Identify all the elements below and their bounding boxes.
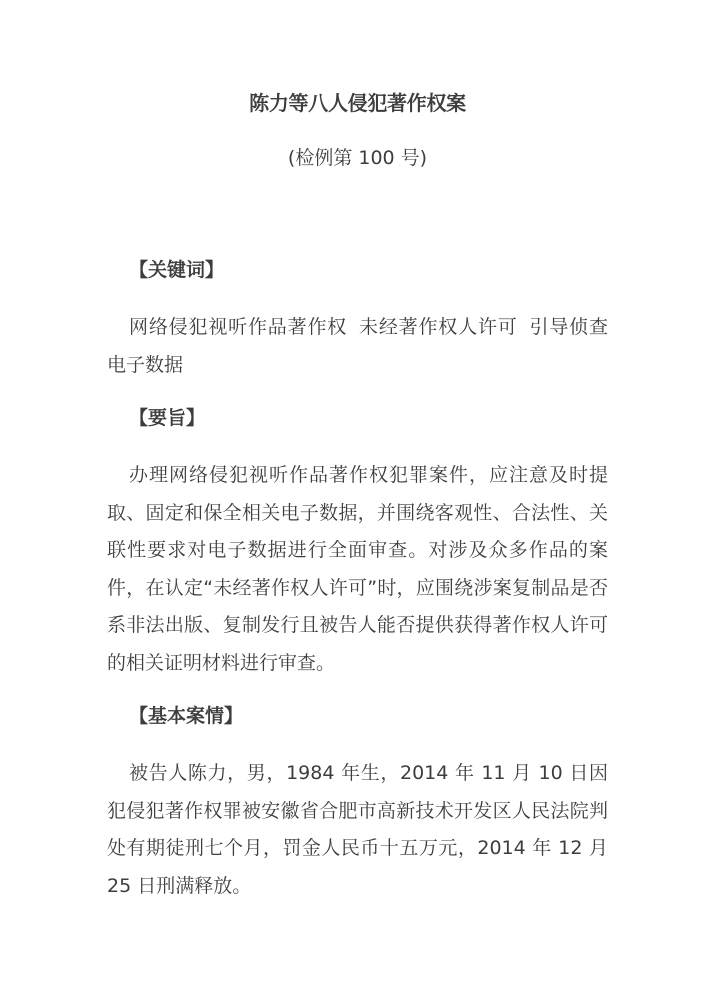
section-heading-basic-facts: 【基本案情】 [107,697,608,735]
keywords-text: 网络侵犯视听作品著作权 未经著作权人许可 引导侦查 电子数据 [107,309,608,384]
section-heading-summary: 【要旨】 [107,399,608,437]
document-title: 陈力等八人侵犯著作权案 [107,84,608,122]
basic-facts-text: 被告人陈力，男，1984 年生，2014 年 11 月 10 日因犯侵犯著作权罪… [107,755,608,905]
case-number: (检例第 100 号) [107,139,608,177]
section-heading-keywords: 【关键词】 [107,251,608,289]
summary-text: 办理网络侵犯视听作品著作权犯罪案件，应注意及时提取、固定和保全相关电子数据，并围… [107,457,608,682]
document-page: 陈力等八人侵犯著作权案 (检例第 100 号) 【关键词】 网络侵犯视听作品著作… [0,0,707,999]
